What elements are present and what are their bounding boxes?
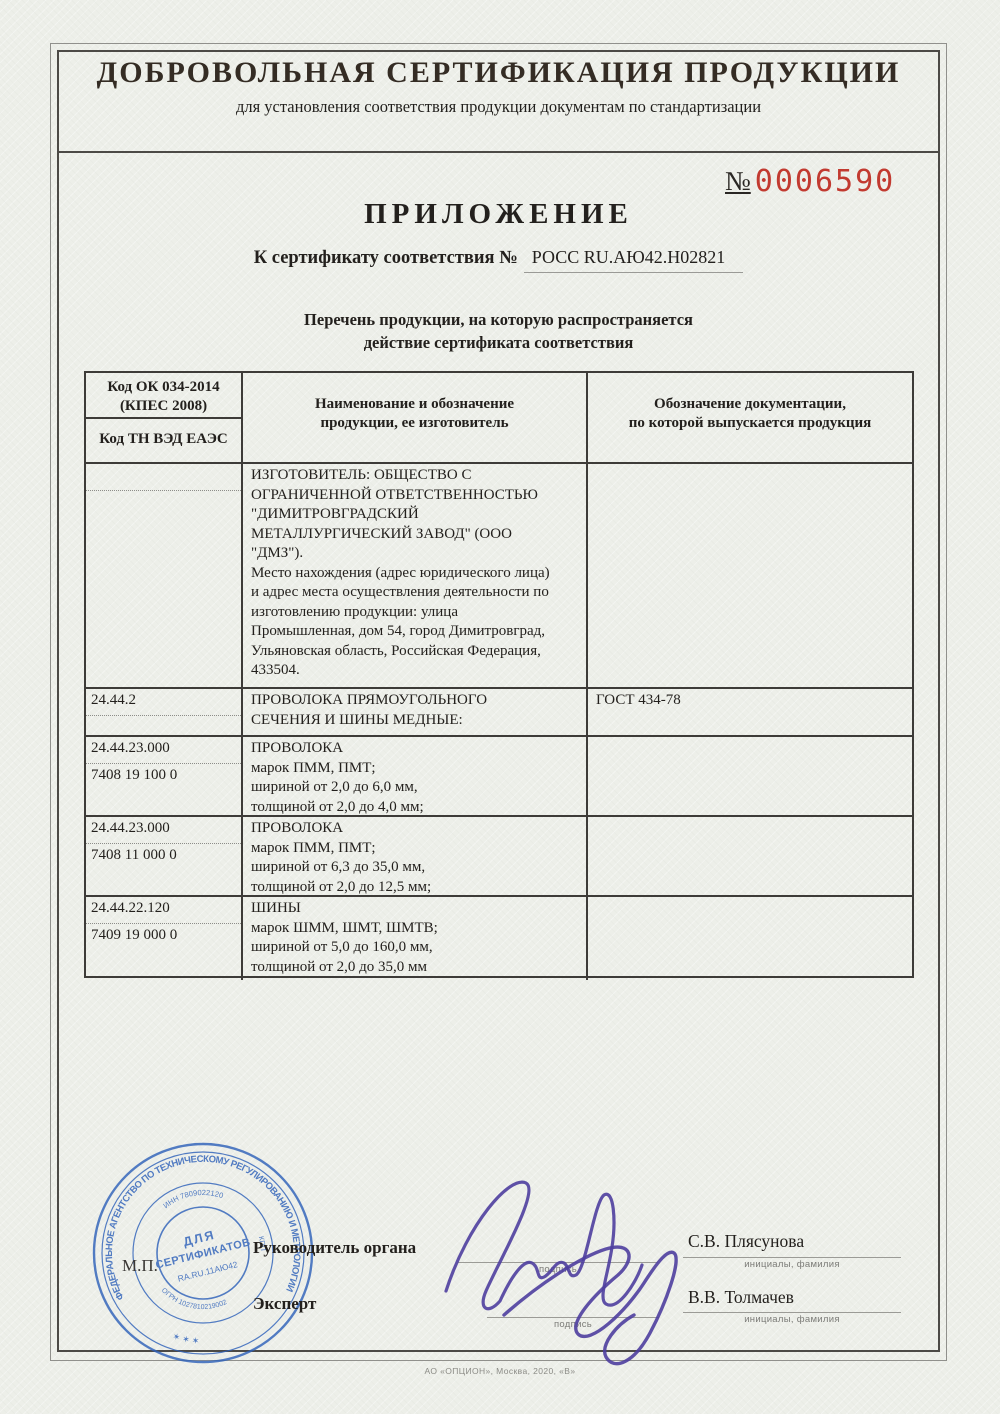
codes-cell: 24.44.23.000 7408 19 100 0 [86, 737, 243, 815]
doc-reference [588, 737, 912, 815]
svg-text:ОГРН 1027810219002: ОГРН 1027810219002 [160, 1287, 228, 1311]
table-row: 24.44.23.000 7408 19 100 0 ПРОВОЛОКА мар… [86, 735, 912, 815]
header-code-ok: Код ОК 034-2014 (КПЕС 2008) [86, 373, 241, 419]
code-ok [86, 464, 241, 491]
code-tnved: 7408 19 100 0 [86, 764, 241, 787]
products-table: Код ОК 034-2014 (КПЕС 2008) Код ТН ВЭД Е… [84, 371, 914, 978]
code-ok: 24.44.23.000 [86, 817, 241, 844]
code-tnved: 7409 19 000 0 [86, 924, 241, 947]
role-head-of-body: Руководитель органа [253, 1238, 416, 1258]
document-title: ДОБРОВОЛЬНАЯ СЕРТИФИКАЦИЯ ПРОДУКЦИИ [57, 56, 940, 90]
codes-cell: 24.44.23.000 7408 11 000 0 [86, 817, 243, 895]
code-ok: 24.44.23.000 [86, 737, 241, 764]
header-divider [59, 151, 938, 153]
form-number: № 0006590 [725, 164, 895, 199]
name-line [683, 1312, 901, 1313]
header-cell-codes: Код ОК 034-2014 (КПЕС 2008) Код ТН ВЭД Е… [86, 373, 243, 462]
code-ok: 24.44.22.120 [86, 897, 241, 924]
certificate-line: К сертификату соответствия №РОСС RU.АЮ42… [57, 247, 940, 273]
name-caption: инициалы, фамилия [683, 1314, 901, 1325]
svg-text:ФЕДЕРАЛЬНОЕ АГЕНТСТВО ПО ТЕХНИ: ФЕДЕРАЛЬНОЕ АГЕНТСТВО ПО ТЕХНИЧЕСКОМУ РЕ… [104, 1154, 302, 1302]
role-expert: Эксперт [253, 1294, 316, 1314]
name-caption: инициалы, фамилия [683, 1259, 901, 1270]
table-row: 24.44.23.000 7408 11 000 0 ПРОВОЛОКА мар… [86, 815, 912, 895]
table-row: ИЗГОТОВИТЕЛЬ: ОБЩЕСТВО С ОГРАНИЧЕННОЙ ОТ… [86, 462, 912, 687]
codes-cell: 24.44.22.120 7409 19 000 0 [86, 897, 243, 980]
doc-reference [588, 464, 912, 687]
signature-ink-head [446, 1182, 642, 1309]
print-house-note: АО «ОПЦИОН», Москва, 2020, «В» [0, 1366, 1000, 1376]
signature-ink-expert [504, 1247, 676, 1364]
form-number-prefix: № [725, 166, 751, 196]
stamp-place-label: М.П. [122, 1256, 158, 1276]
table-row: 24.44.22.120 7409 19 000 0 ШИНЫ марок ШМ… [86, 895, 912, 980]
product-description: ПРОВОЛОКА марок ПММ, ПМТ; шириной от 2,0… [243, 737, 588, 815]
stamp-agency-text: ФЕДЕРАЛЬНОЕ АГЕНТСТВО ПО ТЕХНИЧЕСКОМУ РЕ… [104, 1154, 302, 1302]
product-description: ПРОВОЛОКА ПРЯМОУГОЛЬНОГО СЕЧЕНИЯ И ШИНЫ … [243, 689, 588, 735]
header-cell-name: Наименование и обозначение продукции, ее… [243, 373, 588, 462]
table-header-row: Код ОК 034-2014 (КПЕС 2008) Код ТН ВЭД Е… [86, 373, 912, 462]
product-description: ШИНЫ марок ШММ, ШМТ, ШМТВ; шириной от 5,… [243, 897, 588, 980]
handwritten-signatures [428, 1163, 708, 1378]
table-row: 24.44.2 ПРОВОЛОКА ПРЯМОУГОЛЬНОГО СЕЧЕНИЯ… [86, 687, 912, 735]
code-ok: 24.44.2 [86, 689, 241, 716]
svg-text:✶ ✶ ✶: ✶ ✶ ✶ [171, 1331, 199, 1346]
stamp-stars: ✶ ✶ ✶ [171, 1331, 199, 1346]
certificate-label: К сертификату соответствия № [254, 248, 518, 268]
stamp-ogrn: ОГРН 1027810219002 [160, 1287, 228, 1311]
code-tnved [86, 491, 241, 495]
certificate-number: РОСС RU.АЮ42.Н02821 [524, 247, 743, 273]
header-cell-doc: Обозначение документации, по которой вып… [588, 373, 912, 462]
doc-reference: ГОСТ 434-78 [588, 689, 912, 735]
product-list-heading: Перечень продукции, на которую распростр… [57, 308, 940, 354]
form-number-value: 0006590 [755, 164, 895, 199]
product-description: ИЗГОТОВИТЕЛЬ: ОБЩЕСТВО С ОГРАНИЧЕННОЙ ОТ… [243, 464, 588, 687]
header-code-tnved: Код ТН ВЭД ЕАЭС [86, 419, 241, 449]
doc-reference [588, 897, 912, 980]
product-description: ПРОВОЛОКА марок ПММ, ПМТ; шириной от 6,3… [243, 817, 588, 895]
code-tnved: 7408 11 000 0 [86, 844, 241, 867]
appendix-title: ПРИЛОЖЕНИЕ [57, 198, 940, 231]
doc-reference [588, 817, 912, 895]
codes-cell: 24.44.2 [86, 689, 243, 735]
codes-cell [86, 464, 243, 687]
name-line [683, 1257, 901, 1258]
code-tnved [86, 716, 241, 720]
document-subtitle: для установления соответствия продукции … [57, 97, 940, 117]
